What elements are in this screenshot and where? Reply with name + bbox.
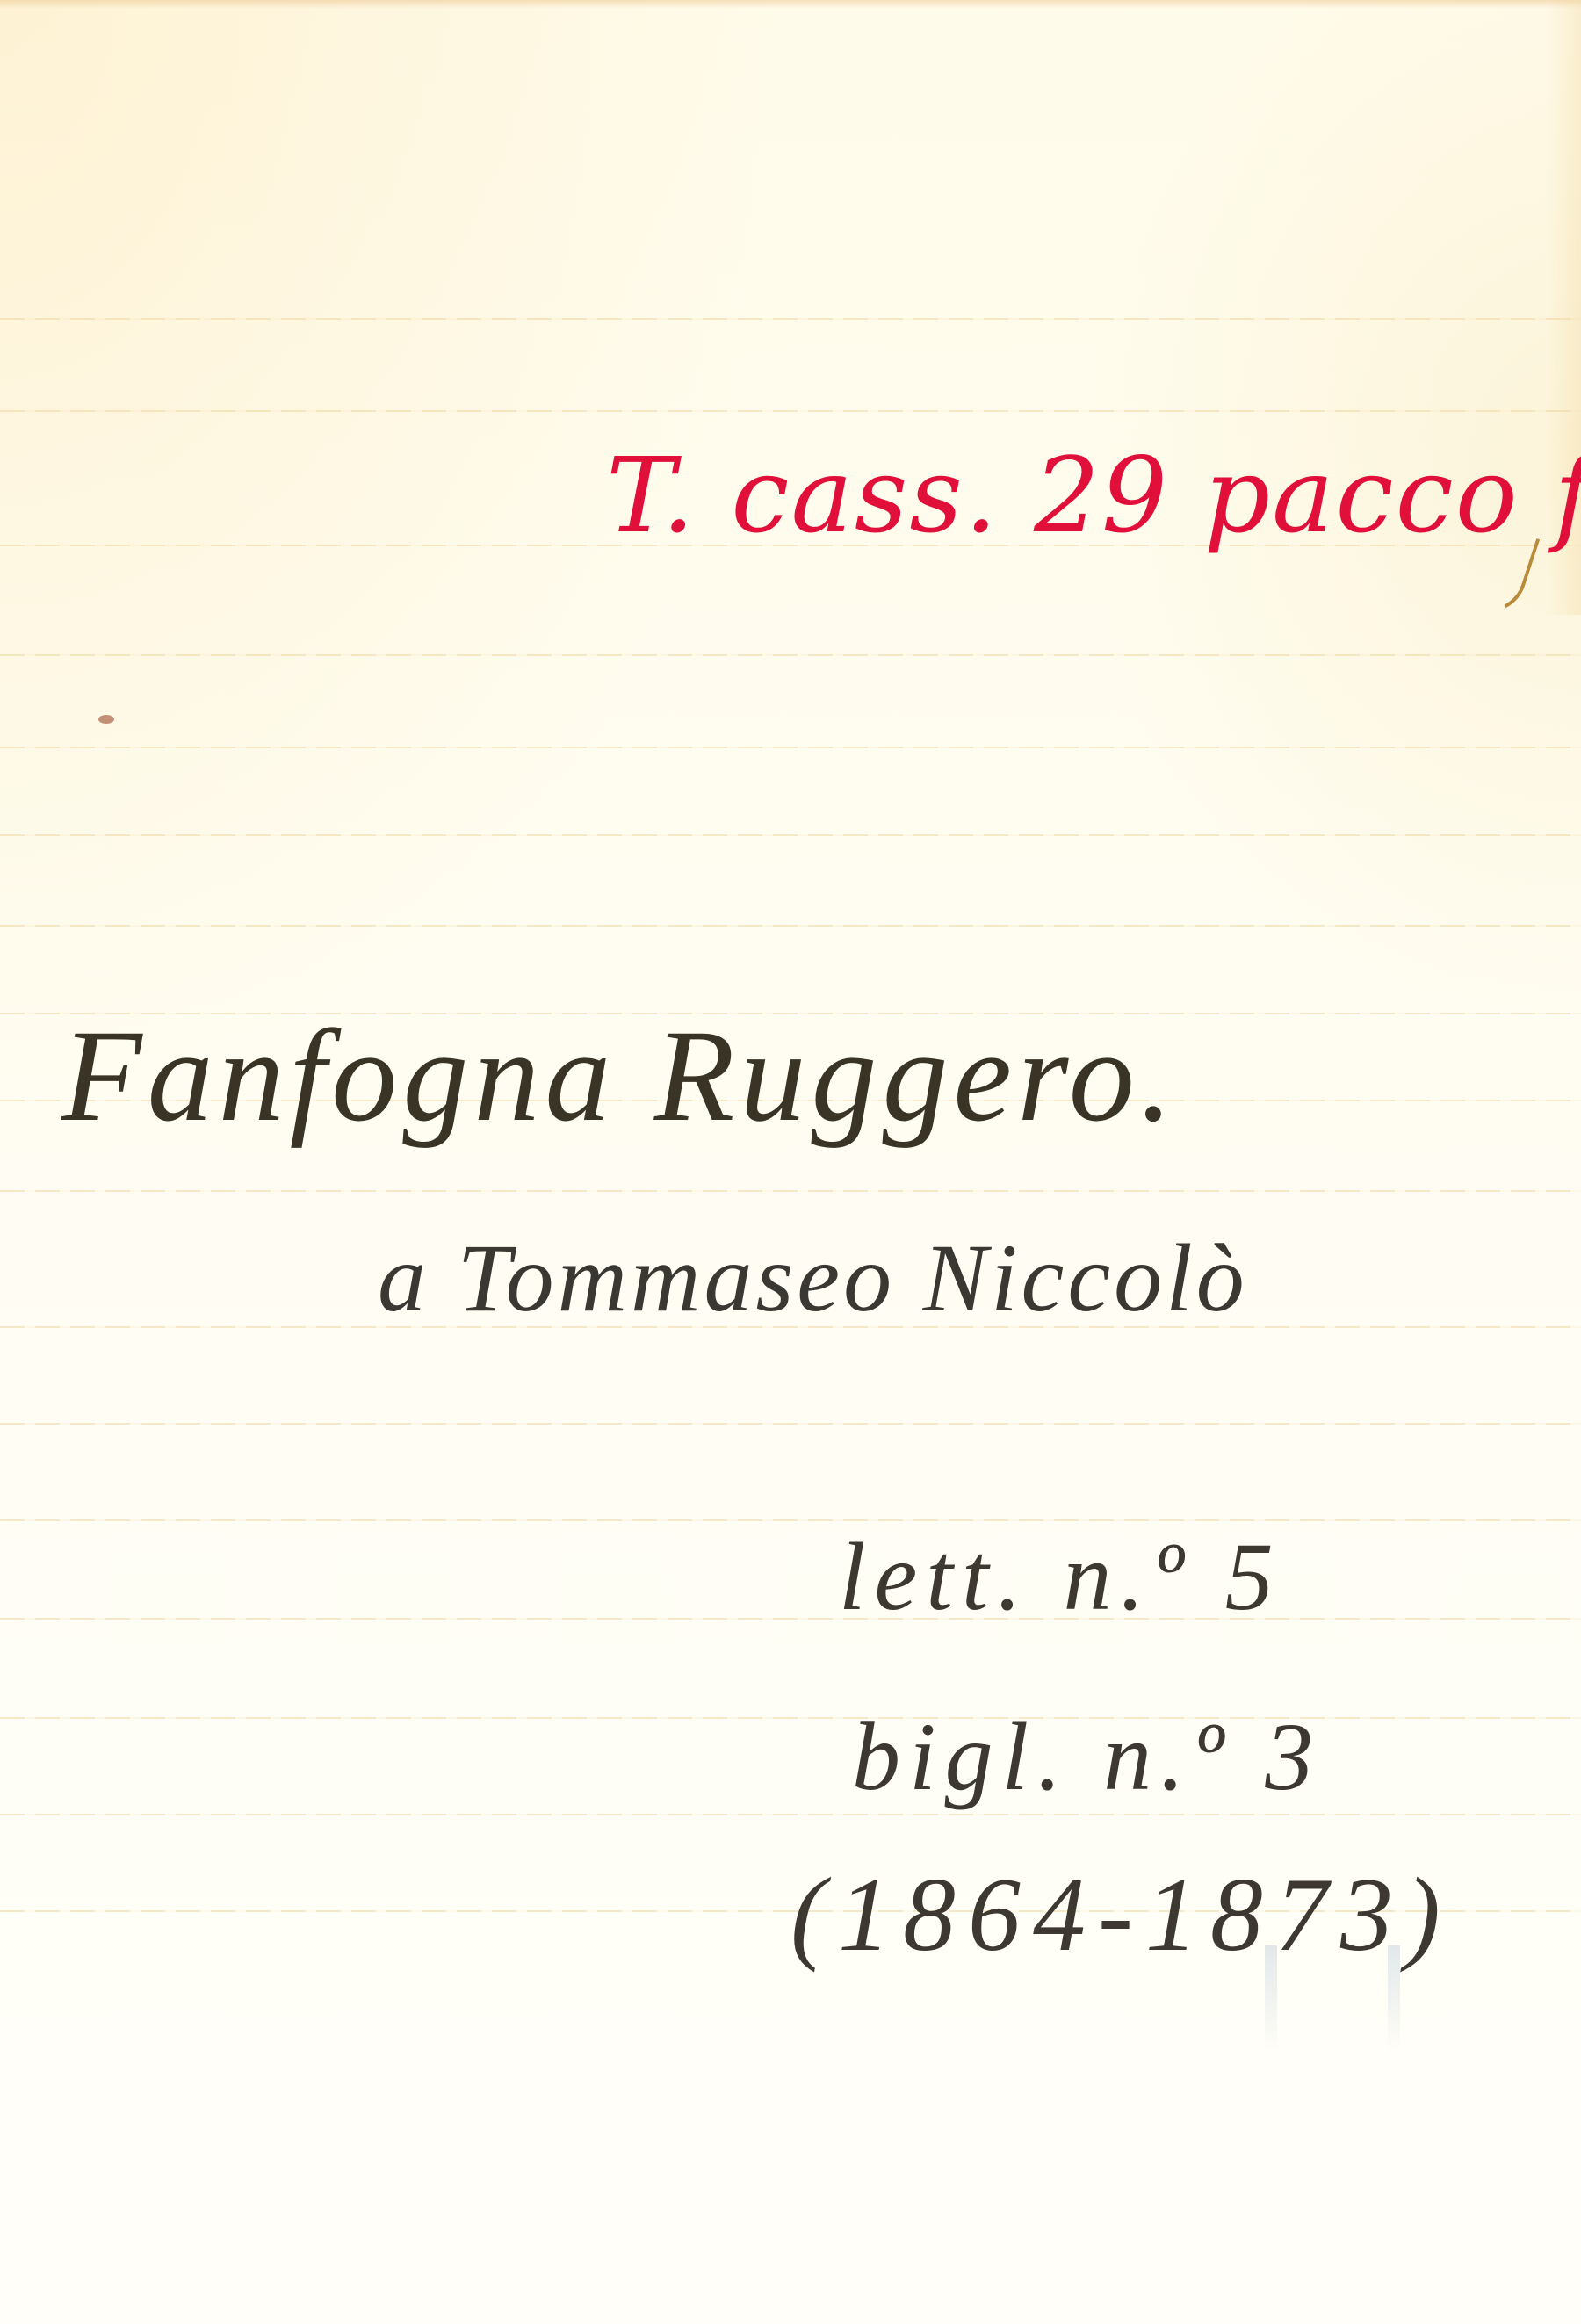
reference-box-number: 29 (1034, 435, 1169, 556)
letters-count-line: lett. n.º 5 (839, 1528, 1282, 1625)
ruled-line (0, 1519, 1581, 1521)
archival-reference: T. cass. 29 pacco f9.10 (606, 444, 1581, 547)
letters-label: lett. (839, 1523, 1030, 1630)
ruled-line (0, 925, 1581, 927)
ruled-line (0, 834, 1581, 836)
ruled-line (0, 1717, 1581, 1719)
index-card: T. cass. 29 pacco f9.10 Fanfogna Ruggero… (0, 0, 1581, 2324)
reference-bundle-number: f9.10 (1554, 435, 1581, 556)
reference-bundle-label: pacco (1204, 435, 1520, 556)
date-range: (1864-1873) (790, 1862, 1453, 1967)
notes-count-line: bigl. n.º 3 (852, 1708, 1322, 1805)
ruled-line (0, 654, 1581, 656)
ink-spot (98, 715, 114, 724)
reference-bundle-number-red: f9 (1554, 435, 1581, 556)
letters-number-label: n.º (1064, 1523, 1193, 1630)
paper-smudge (1388, 1945, 1400, 2051)
ruled-line (0, 318, 1581, 320)
ruled-line (0, 1190, 1581, 1192)
reference-prefix: T. (606, 435, 697, 556)
ruled-line (0, 1814, 1581, 1815)
recipient-name: a Tommaseo Niccolò (378, 1230, 1248, 1326)
notes-count: 3 (1265, 1703, 1322, 1810)
ruled-line (0, 410, 1581, 412)
paper-smudge (1265, 1945, 1277, 2051)
card-top-edge (0, 0, 1581, 9)
letters-count: 5 (1225, 1523, 1282, 1630)
ruled-line (0, 1423, 1581, 1425)
ruled-line (0, 1618, 1581, 1620)
notes-number-label: n.º (1103, 1703, 1232, 1810)
ruled-line (0, 747, 1581, 748)
reference-box-label: cass. (731, 435, 999, 556)
correspondent-name: Fanfogna Ruggero. (61, 1010, 1178, 1142)
notes-label: bigl. (852, 1703, 1071, 1810)
